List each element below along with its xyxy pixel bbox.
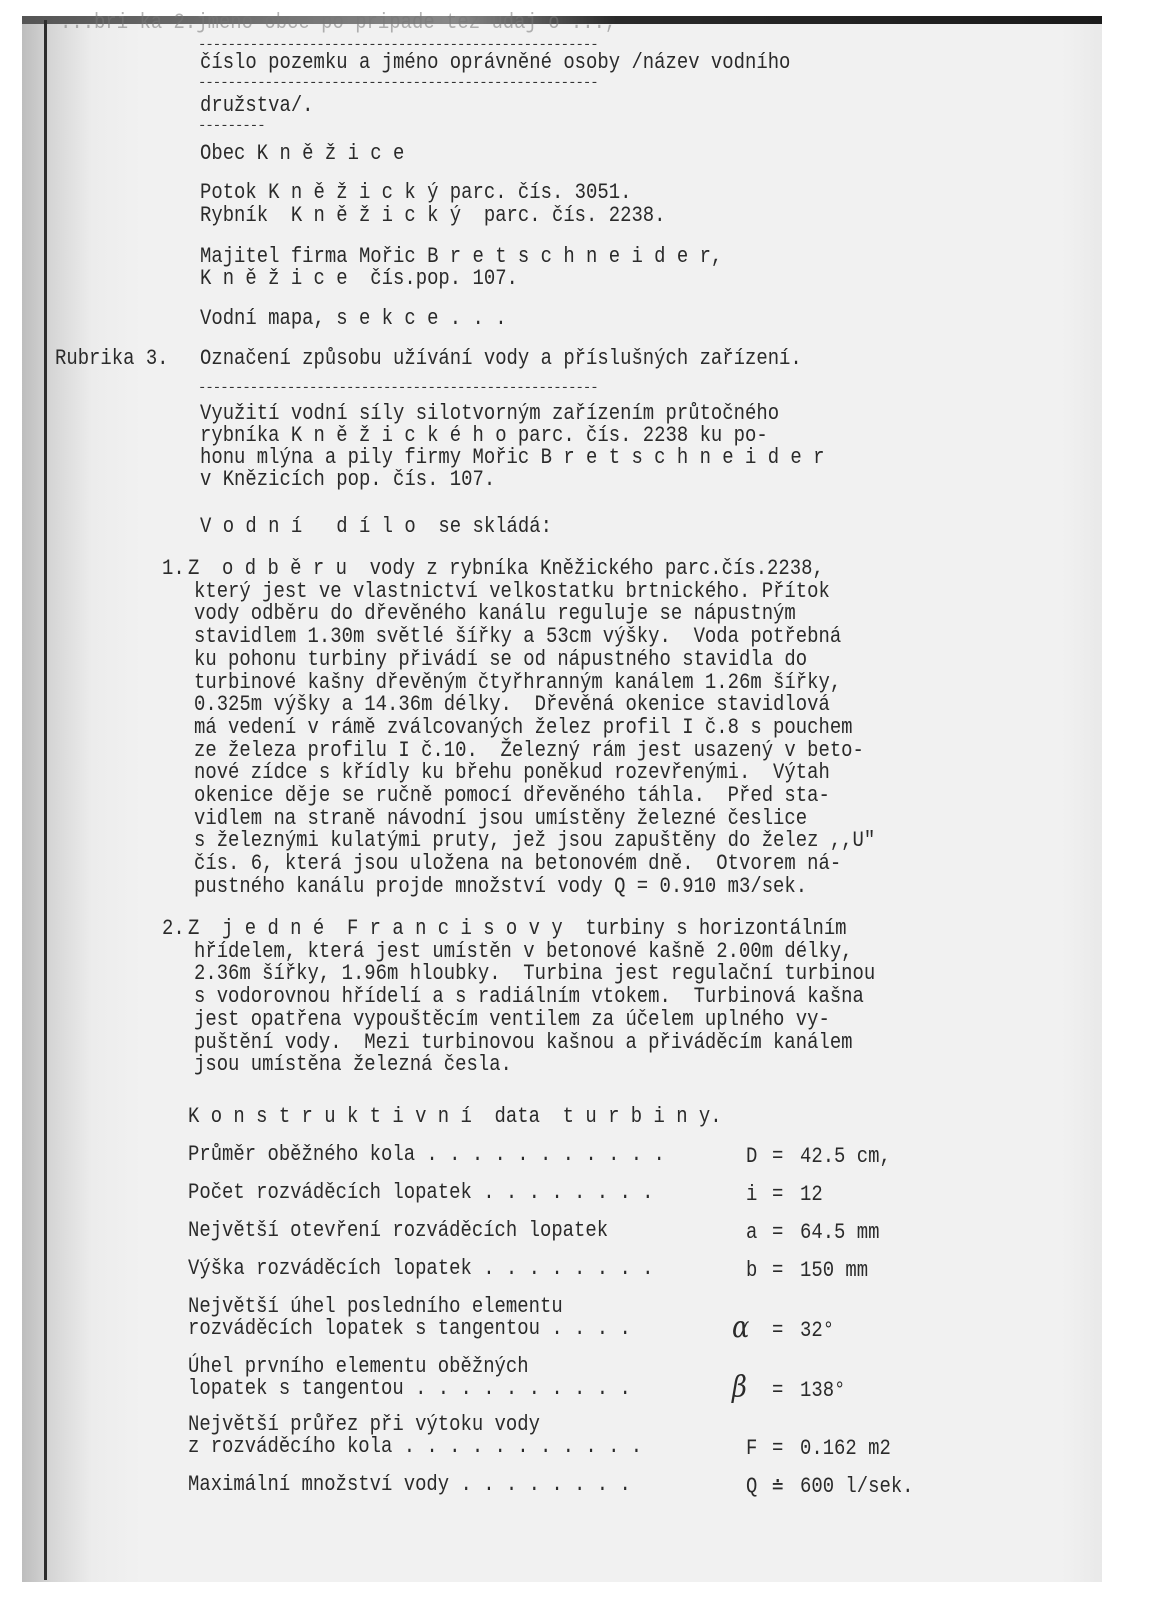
param-label: lopatek s tangentou . . . . . . . . . .	[188, 1378, 631, 1400]
rubrika-title: Označení způsobu užívání vody a příslušn…	[200, 348, 802, 370]
param-symbol: F	[746, 1436, 757, 1461]
item-line: vidlem na straně návodní jsou umístěny ž…	[194, 808, 807, 830]
param-equals: =	[772, 1258, 783, 1283]
rybnik: Rybník K n ě ž i c k ý parc. čís. 2238.	[200, 205, 666, 227]
param-label: Úhel prvního elementu oběžných	[188, 1356, 529, 1378]
item-line: s vodorovnou hřídelí a s radiálním vtoke…	[194, 986, 864, 1008]
param-value: 12	[800, 1182, 823, 1207]
param-symbol: a	[746, 1220, 757, 1245]
binding-spine	[44, 20, 47, 1580]
param-label: Největší úhel posledního elementu	[188, 1296, 563, 1318]
param-label: Největší průřez při výtoku vody	[188, 1414, 540, 1436]
param-value: 150 mm	[800, 1258, 868, 1283]
param-equals: =	[772, 1220, 783, 1245]
vodni-dilo-heading: V o d n í d í l o se skládá:	[200, 516, 552, 538]
item-line: pustného kanálu projde množství vody Q =…	[194, 876, 807, 898]
param-equals: =	[772, 1318, 783, 1343]
vodni-mapa: Vodní mapa, s e k c e . . .	[200, 308, 507, 330]
param-value: 32°	[800, 1318, 834, 1343]
param-equals: =	[772, 1436, 783, 1461]
param-label: Největší otevření rozváděcích lopatek	[188, 1220, 608, 1242]
item-line: Z o d b ě r u vody z rybníka Kněžického …	[188, 558, 824, 580]
param-label: Průměr oběžného kola . . . . . . . . . .…	[188, 1144, 665, 1166]
dash-rule: ---------	[198, 121, 265, 131]
param-symbol: D	[746, 1144, 757, 1169]
usage-line: Využití vodní síly silotvorným zařízením…	[200, 403, 779, 425]
item-line: s železnými kulatými pruty, jež jsou zap…	[194, 830, 875, 852]
param-symbol: i	[746, 1182, 757, 1207]
param-equals: ≐	[772, 1474, 783, 1500]
usage-line: rybníka K n ě ž i c k é h o parc. čís. 2…	[200, 425, 768, 447]
param-value: 138°	[800, 1378, 845, 1403]
param-label: Počet rozváděcích lopatek . . . . . . . …	[188, 1182, 654, 1204]
rubrika-label: Rubrika 3.	[55, 348, 169, 370]
param-symbol: b	[746, 1258, 757, 1283]
param-value: 0.162 m2	[800, 1436, 891, 1461]
item-line: má vedení v rámě zválcovaných želez prof…	[194, 717, 853, 739]
param-equals: =	[772, 1144, 783, 1169]
obec: Obec K n ě ž i c e	[200, 143, 404, 165]
item-line: hřídelem, která jest umístěn v betonové …	[194, 941, 853, 963]
item-line: ze železa profilu I č.10. Železný rám je…	[194, 740, 864, 762]
item-line: nové zídce s křídly ku břehu poněkud roz…	[194, 762, 830, 784]
param-label: rozváděcích lopatek s tangentou . . . .	[188, 1318, 631, 1340]
item-line: jsou umístěna železná česla.	[194, 1054, 512, 1076]
item-line: puštění vody. Mezi turbinovou kašnou a p…	[194, 1032, 853, 1054]
param-symbol: β	[732, 1370, 747, 1405]
turbine-data-title: K o n s t r u k t i v n í data t u r b i…	[188, 1106, 722, 1128]
cut-off-header: ...bri ka 2.jmeno obce po pripade tez ud…	[60, 12, 616, 34]
item-line: čís. 6, která jsou uložena na betonovém …	[194, 853, 841, 875]
usage-line: v Knězicích pop. čís. 107.	[200, 469, 495, 491]
item-line: vody odběru do dřevěného kanálu reguluje…	[194, 603, 796, 625]
item-line: Z j e d n é F r a n c i s o v y turbiny …	[188, 918, 847, 940]
heading-line-2: družstva/.	[200, 95, 314, 117]
dash-rule: ----------------------------------------…	[198, 383, 598, 393]
majitel-line-2: K n ě ž i c e čís.pop. 107.	[200, 268, 518, 290]
item-line: stavidlem 1.30m světlé šířky a 53cm výšk…	[194, 626, 841, 648]
heading-line-1: číslo pozemku a jméno oprávněné osoby /n…	[200, 52, 790, 74]
param-equals: =	[772, 1182, 783, 1207]
item-line: ku pohonu turbiny přivádí se od nápustné…	[194, 649, 807, 671]
dash-rule: ----------------------------------------…	[198, 78, 598, 88]
item-line: 0.325m výšky a 14.36m délky. Dřevěná oke…	[194, 694, 830, 716]
item-line: turbinové kašny dřevěným čtyřhranným kan…	[194, 672, 841, 694]
item-line: 2.36m šířky, 1.96m hloubky. Turbina jest…	[194, 963, 875, 985]
item-line: který jest ve vlastnictví velkostatku br…	[194, 581, 830, 603]
item-number: 2.	[162, 918, 185, 940]
dash-rule: ----------------------------------------…	[198, 40, 598, 50]
param-value: 42.5 cm,	[800, 1144, 891, 1169]
param-value: 600 l/sek.	[800, 1474, 914, 1499]
potok: Potok K n ě ž i c k ý parc. čís. 3051.	[200, 182, 631, 204]
param-label: Maximální množství vody . . . . . . . .	[188, 1474, 631, 1496]
usage-line: honu mlýna a pily firmy Mořic B r e t s …	[200, 447, 824, 469]
majitel-line-1: Majitel firma Mořic B r e t s c h n e i …	[200, 246, 722, 268]
param-symbol: α	[732, 1310, 749, 1345]
param-value: 64.5 mm	[800, 1220, 879, 1245]
param-label: z rozváděcího kola . . . . . . . . . . .	[188, 1436, 642, 1458]
item-line: jest opatřena vypouštěcím ventilem za úč…	[194, 1009, 830, 1031]
param-equals: =	[772, 1378, 783, 1403]
param-label: Výška rozváděcích lopatek . . . . . . . …	[188, 1258, 654, 1280]
item-number: 1.	[162, 558, 185, 580]
item-line: okenice děje se ručně pomocí dřevěného t…	[194, 785, 830, 807]
param-symbol: Q	[746, 1474, 757, 1499]
